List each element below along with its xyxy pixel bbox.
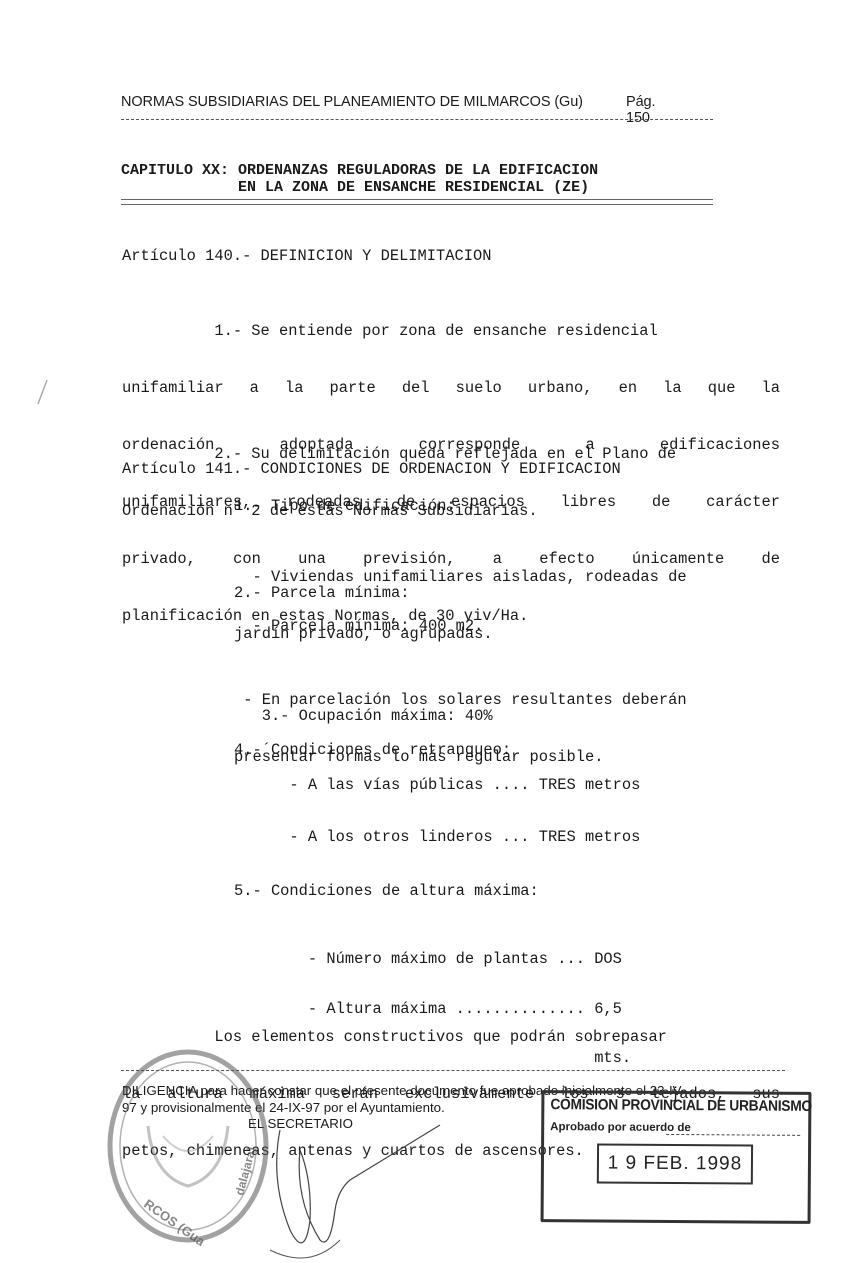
stamp-title: COMISION PROVINCIAL DE URBANISMO bbox=[550, 1096, 812, 1115]
article-140-heading: Artículo 140.- DEFINICION Y DELIMITACION bbox=[122, 247, 780, 266]
stamp-date-box: 1 9 FEB. 1998 bbox=[597, 1143, 753, 1184]
chapter-title: CAPITULO XX: ORDENANZAS REGULADORAS DE L… bbox=[121, 162, 598, 196]
text-line: unifamiliar a la parte del suelo urbano,… bbox=[122, 379, 780, 398]
chapter-title-line-1: CAPITULO XX: ORDENANZAS REGULADORAS DE L… bbox=[121, 162, 598, 179]
running-header: NORMAS SUBSIDIARIAS DEL PLANEAMIENTO DE … bbox=[121, 94, 583, 110]
section-2-item-1: - Parcela mínima: 400 m2. bbox=[234, 617, 784, 636]
section-5-title: 5.- Condiciones de altura máxima: bbox=[234, 882, 784, 901]
approval-stamp: COMISION PROVINCIAL DE URBANISMO Aprobad… bbox=[541, 1090, 812, 1224]
document-title: NORMAS SUBSIDIARIAS DEL PLANEAMIENTO DE … bbox=[121, 94, 583, 110]
stamp-label: Aprobado por acuerdo de bbox=[550, 1121, 691, 1134]
section-1-title: 1.- Tipo de edificación: bbox=[234, 497, 784, 516]
header-divider bbox=[121, 119, 713, 120]
signature-scribble bbox=[250, 1120, 450, 1260]
section-4-item-2: - A los otros linderos ... TRES metros bbox=[234, 828, 784, 847]
municipal-seal-icon: RCOS (Gua dalajara) bbox=[103, 1046, 273, 1246]
section-3-title: 3.- Ocupación máxima: 40% bbox=[234, 707, 784, 726]
text-line: 1.- Se entiende por zona de ensanche res… bbox=[122, 322, 780, 341]
section-4-item-1: - A las vías públicas .... TRES metros bbox=[234, 776, 784, 795]
text-line: - Número máximo de plantas ... DOS bbox=[234, 951, 784, 968]
page-number: Pág. 150 bbox=[626, 94, 655, 126]
text-line: Los elementos constructivos que podrán s… bbox=[122, 1028, 780, 1047]
section-2-title: 2.- Parcela mínima: bbox=[234, 584, 784, 603]
chapter-title-line-2: EN LA ZONA DE ENSANCHE RESIDENCIAL (ZE) bbox=[121, 179, 598, 196]
section-4-title: 4.-´Condiciones de retranqueo: bbox=[234, 741, 784, 760]
chapter-double-rule bbox=[121, 199, 713, 205]
stamp-fill-line bbox=[666, 1134, 800, 1136]
stamp-date: 1 9 FEB. 1998 bbox=[599, 1152, 751, 1175]
article-141-heading: Artículo 141.- CONDICIONES DE ORDENACION… bbox=[122, 460, 780, 479]
margin-pen-mark bbox=[35, 378, 49, 406]
